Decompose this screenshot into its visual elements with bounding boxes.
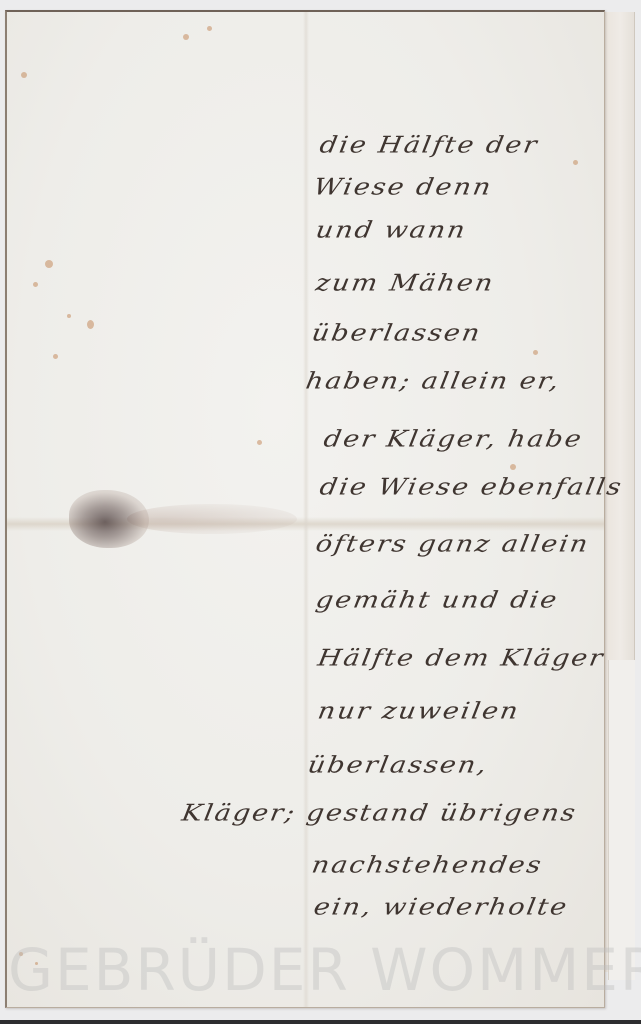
- foxing-spot: [21, 72, 27, 78]
- foxing-spot: [33, 282, 38, 287]
- foxing-spot: [45, 260, 53, 268]
- handwritten-line: nur zuweilen: [316, 698, 522, 724]
- foxing-spot: [183, 34, 189, 40]
- foxing-spot: [87, 320, 94, 329]
- stain-smear: [127, 504, 297, 534]
- scan-bottom-edge: [0, 1020, 641, 1024]
- foxing-spot: [53, 354, 58, 359]
- foxing-spot: [510, 464, 516, 470]
- foxing-spot: [533, 350, 538, 355]
- ink-stain: [69, 490, 149, 548]
- handwritten-line: öfters ganz allein: [314, 531, 592, 557]
- foxing-spot: [573, 160, 578, 165]
- handwritten-line: der Kläger, habe: [322, 426, 585, 452]
- handwritten-line: die Wiese ebenfalls: [318, 474, 625, 500]
- foxing-spot: [67, 314, 71, 318]
- handwritten-line: überlassen,: [306, 752, 490, 778]
- handwritten-line: zum Mähen: [314, 270, 497, 296]
- handwritten-line: nachstehendes: [310, 852, 545, 878]
- handwritten-line: gemäht und die: [314, 587, 561, 613]
- handwritten-line: ein, wiederholte: [312, 894, 571, 920]
- handwritten-line: die Hälfte der: [318, 132, 541, 158]
- foxing-spot: [257, 440, 262, 445]
- watermark-text: GEBRÜDER WOMMER: [8, 936, 641, 1004]
- handwritten-line: Kläger; gestand übrigens: [180, 800, 579, 826]
- document-scan: die Hälfte der Wiese denn und wann zum M…: [0, 0, 641, 1024]
- handwritten-line: haben; allein er,: [304, 368, 563, 394]
- vertical-fold-crease: [303, 12, 309, 1007]
- foxing-spot: [207, 26, 212, 31]
- underlying-page-edge-lower: [608, 660, 635, 980]
- handwritten-line: und wann: [314, 217, 469, 243]
- handwritten-line: überlassen: [310, 320, 484, 346]
- handwritten-line: Wiese denn: [312, 174, 495, 200]
- handwritten-line: Hälfte dem Kläger: [316, 645, 607, 671]
- manuscript-sheet: die Hälfte der Wiese denn und wann zum M…: [5, 10, 605, 1008]
